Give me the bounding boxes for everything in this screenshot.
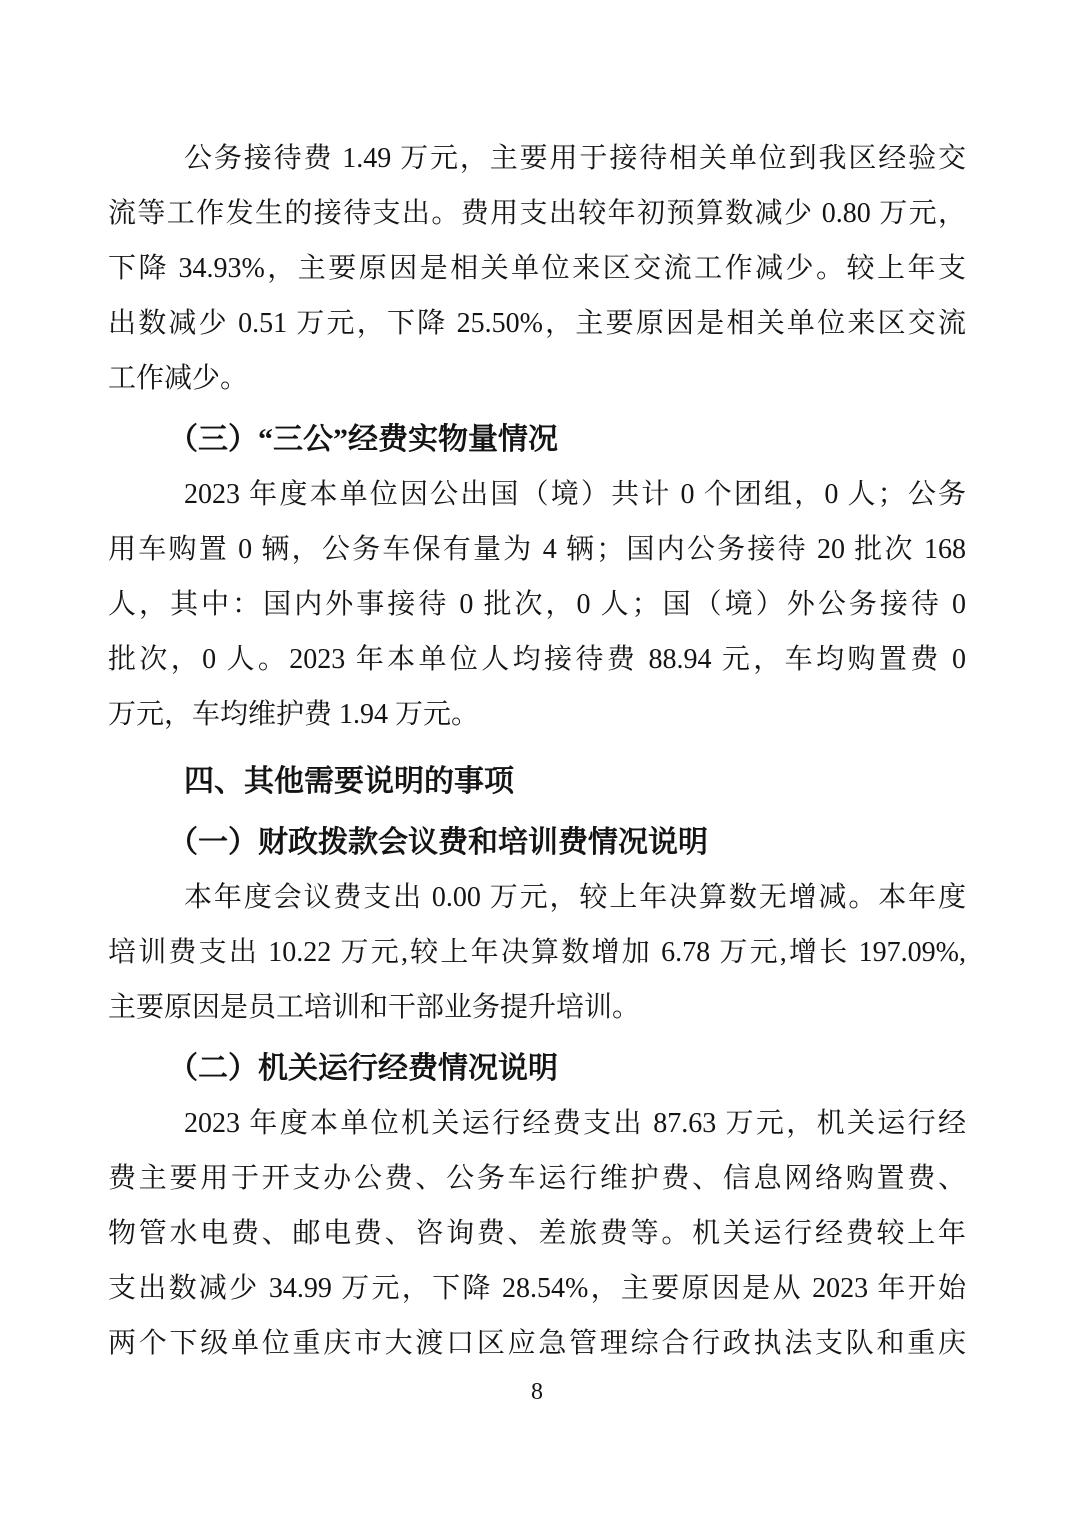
- body-line: 两个下级单位重庆市大渡口区应急管理综合行政执法支队和重庆: [108, 1316, 966, 1371]
- section-heading-operating-funds: （二）机关运行经费情况说明: [108, 1041, 966, 1096]
- body-line: 万元，车均维护费 1.94 万元。: [108, 687, 966, 742]
- body-line: 批次，0 人。2023 年本单位人均接待费 88.94 元，车均购置费 0: [108, 632, 966, 687]
- body-line: 用车购置 0 辆，公务车保有量为 4 辆；国内公务接待 20 批次 168: [108, 522, 966, 577]
- body-line: 公务接待费 1.49 万元，主要用于接待相关单位到我区经验交: [108, 131, 966, 186]
- body-line: 工作减少。: [108, 351, 966, 406]
- body-line: 主要原因是员工培训和干部业务提升培训。: [108, 980, 966, 1035]
- section-heading-other-matters: 四、其他需要说明的事项: [108, 754, 966, 809]
- page-number: 8: [108, 1377, 966, 1407]
- body-line: 2023 年度本单位机关运行经费支出 87.63 万元，机关运行经: [108, 1096, 966, 1151]
- body-line: 人，其中：国内外事接待 0 批次，0 人；国（境）外公务接待 0: [108, 577, 966, 632]
- document-page: 公务接待费 1.49 万元，主要用于接待相关单位到我区经验交 流等工作发生的接待…: [0, 0, 1074, 1520]
- body-line: 培训费支出 10.22 万元,较上年决算数增加 6.78 万元,增长 197.0…: [108, 925, 966, 980]
- body-line: 流等工作发生的接待支出。费用支出较年初预算数减少 0.80 万元，: [108, 186, 966, 241]
- section-heading-physical-quantity: （三）“三公”经费实物量情况: [108, 412, 966, 467]
- body-line: 支出数减少 34.99 万元，下降 28.54%，主要原因是从 2023 年开始: [108, 1261, 966, 1316]
- body-line: 本年度会议费支出 0.00 万元，较上年决算数无增减。本年度: [108, 870, 966, 925]
- body-line: 费主要用于开支办公费、公务车运行维护费、信息网络购置费、: [108, 1151, 966, 1206]
- body-line: 物管水电费、邮电费、咨询费、差旅费等。机关运行经费较上年: [108, 1206, 966, 1261]
- document-content: 公务接待费 1.49 万元，主要用于接待相关单位到我区经验交 流等工作发生的接待…: [0, 0, 1074, 1407]
- body-line: 下降 34.93%，主要原因是相关单位来区交流工作减少。较上年支: [108, 241, 966, 296]
- body-line: 出数减少 0.51 万元，下降 25.50%，主要原因是相关单位来区交流: [108, 296, 966, 351]
- section-heading-meeting-training: （一）财政拨款会议费和培训费情况说明: [108, 815, 966, 870]
- body-line: 2023 年度本单位因公出国（境）共计 0 个团组，0 人；公务: [108, 467, 966, 522]
